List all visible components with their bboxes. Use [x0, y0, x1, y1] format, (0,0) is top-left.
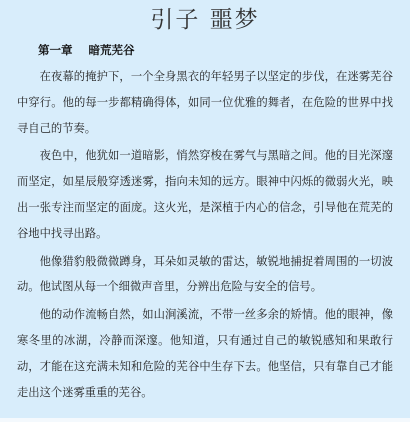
document-title: 引子 噩梦	[0, 4, 410, 36]
document-body: 在夜幕的掩护下，一个全身黑衣的年轻男子以坚定的步伐，在迷雾芜谷中穿行。他的每一步…	[17, 64, 393, 407]
chapter-heading: 第一章 暗荒芜谷	[38, 42, 135, 58]
paragraph: 他像猎豹般微微蹲身，耳朵如灵敏的雷达，敏锐地捕捉着周围的一切波动。他试图从每一个…	[17, 249, 393, 301]
paragraph: 在夜幕的掩护下，一个全身黑衣的年轻男子以坚定的步伐，在迷雾芜谷中穿行。他的每一步…	[17, 64, 393, 141]
paragraph: 夜色中，他犹如一道暗影，悄然穿梭在雾气与黑暗之间。他的目光深邃而坚定，如星辰般穿…	[17, 143, 393, 246]
paragraph: 他的动作流畅自然，如山涧溪流，不带一丝多余的矫情。他的眼神，像寒冬里的冰湖，冷静…	[17, 302, 393, 405]
document-page: 引子 噩梦 第一章 暗荒芜谷 在夜幕的掩护下，一个全身黑衣的年轻男子以坚定的步伐…	[0, 0, 410, 422]
